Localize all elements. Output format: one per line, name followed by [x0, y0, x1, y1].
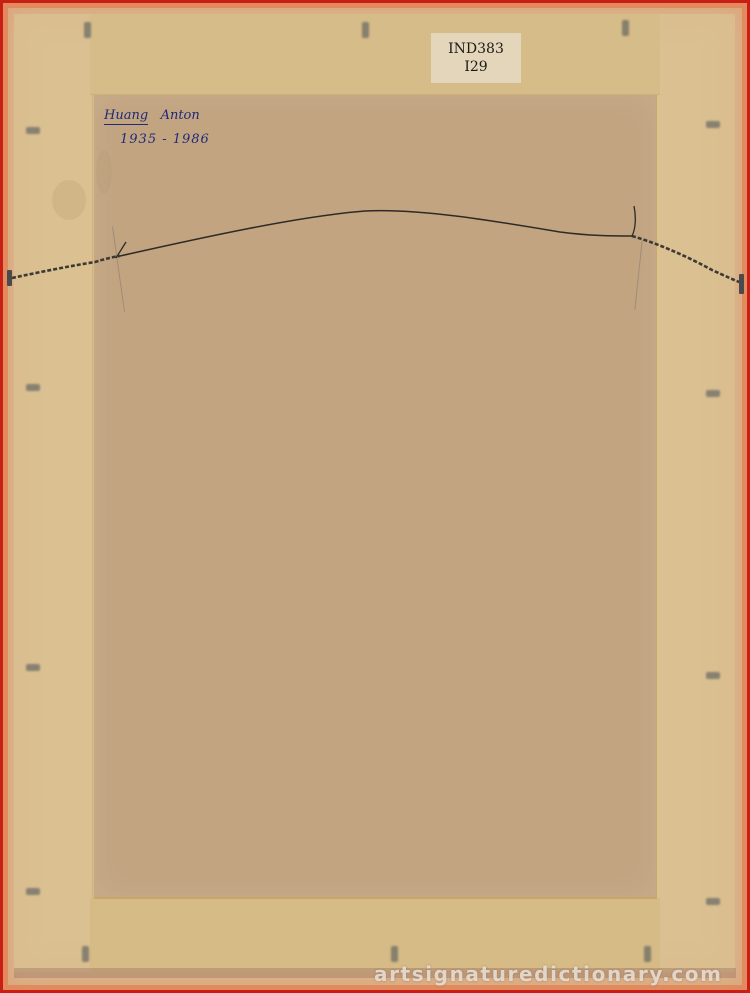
inscription-name: Huang Anton: [100, 104, 210, 128]
tape-strip-top: [90, 14, 660, 95]
label-line-2: I29: [431, 58, 521, 76]
frame-clip: [706, 121, 720, 128]
frame-clip: [26, 127, 40, 134]
stain-mark: [52, 180, 86, 220]
inscription-first-name: Huang: [104, 108, 148, 125]
stain-mark: [96, 150, 112, 194]
frame-clip: [622, 20, 629, 36]
inventory-label: IND383 I29: [431, 33, 521, 83]
handwritten-inscription: Huang Anton 1935 - 1986: [100, 104, 210, 152]
frame-clip: [391, 946, 398, 962]
frame-clip: [362, 22, 369, 38]
artwork-back-sheet: [94, 95, 657, 899]
frame-clip: [84, 22, 91, 38]
tape-strip-right: [656, 14, 735, 972]
frame-clip: [706, 390, 720, 397]
frame-clip: [26, 888, 40, 895]
label-line-1: IND383: [431, 40, 521, 58]
inscription-last-name: Anton: [161, 108, 200, 123]
watermark-text: artsignaturedictionary.com: [374, 962, 723, 986]
frame-clip: [26, 384, 40, 391]
frame-clip: [82, 946, 89, 962]
tape-strip-left: [14, 14, 93, 972]
frame-clip: [706, 898, 720, 905]
frame-clip: [706, 672, 720, 679]
frame-clip: [644, 946, 651, 962]
inscription-dates: 1935 - 1986: [100, 128, 210, 152]
frame-clip: [26, 664, 40, 671]
tape-strip-bottom: [90, 898, 660, 972]
